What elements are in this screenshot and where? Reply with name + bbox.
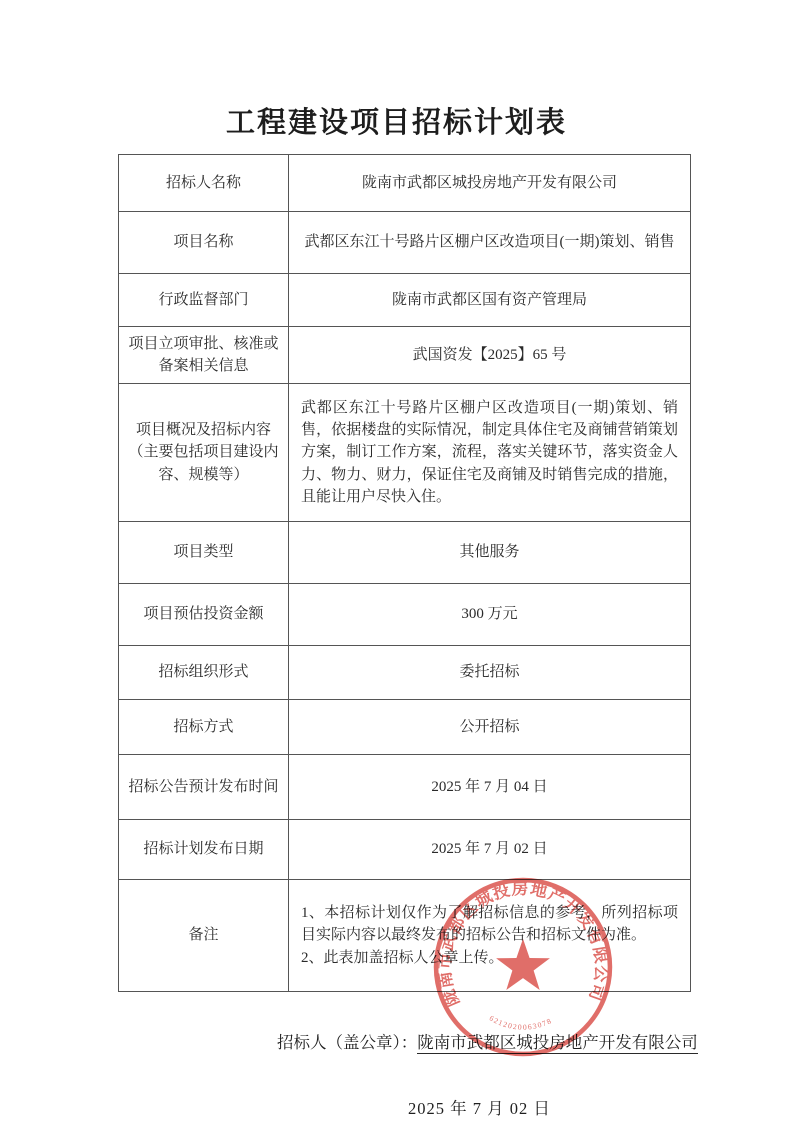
row-value: 2025 年 7 月 04 日	[289, 755, 691, 820]
table-row-approval-info: 项目立项审批、核准或备案相关信息 武国资发【2025】65 号	[119, 327, 691, 384]
row-label: 招标计划发布日期	[119, 820, 289, 880]
table-row-organization-form: 招标组织形式 委托招标	[119, 646, 691, 700]
table-row-plan-release-date: 招标计划发布日期 2025 年 7 月 02 日	[119, 820, 691, 880]
signer-label: 招标人（盖公章）：	[277, 1033, 417, 1052]
row-label: 项目立项审批、核准或备案相关信息	[119, 327, 289, 384]
row-value: 武都区东江十号路片区棚户区改造项目(一期)策划、销售，依据楼盘的实际情况，制定具…	[289, 384, 691, 522]
row-value: 2025 年 7 月 02 日	[289, 820, 691, 880]
row-value: 其他服务	[289, 522, 691, 584]
row-value: 公开招标	[289, 700, 691, 755]
row-value: 武国资发【2025】65 号	[289, 327, 691, 384]
table-row-bidder-name: 招标人名称 陇南市武都区城投房地产开发有限公司	[119, 155, 691, 212]
row-value: 委托招标	[289, 646, 691, 700]
table-row-remarks: 备注 1、本招标计划仅作为了解招标信息的参考，所列招标项目实际内容以最终发布的招…	[119, 880, 691, 992]
table-row-project-overview: 项目概况及招标内容（主要包括项目建设内容、规模等） 武都区东江十号路片区棚户区改…	[119, 384, 691, 522]
table-row-project-type: 项目类型 其他服务	[119, 522, 691, 584]
table-row-announcement-date: 招标公告预计发布时间 2025 年 7 月 04 日	[119, 755, 691, 820]
row-value: 武都区东江十号路片区棚户区改造项目(一期)策划、销售	[289, 212, 691, 274]
row-label: 备注	[119, 880, 289, 992]
signature-date: 2025 年 7 月 02 日	[408, 1095, 793, 1119]
row-label: 项目类型	[119, 522, 289, 584]
row-label: 招标公告预计发布时间	[119, 755, 289, 820]
row-label: 项目预估投资金额	[119, 584, 289, 646]
signature-line: 招标人（盖公章）：陇南市武都区城投房地产开发有限公司	[277, 1029, 793, 1053]
row-label: 项目名称	[119, 212, 289, 274]
row-label: 招标人名称	[119, 155, 289, 212]
table-row-bidding-method: 招标方式 公开招标	[119, 700, 691, 755]
row-label: 招标组织形式	[119, 646, 289, 700]
row-value: 陇南市武都区城投房地产开发有限公司	[289, 155, 691, 212]
row-label: 行政监督部门	[119, 274, 289, 327]
row-value: 陇南市武都区国有资产管理局	[289, 274, 691, 327]
table-row-estimated-investment: 项目预估投资金额 300 万元	[119, 584, 691, 646]
row-label: 招标方式	[119, 700, 289, 755]
table-row-project-name: 项目名称 武都区东江十号路片区棚户区改造项目(一期)策划、销售	[119, 212, 691, 274]
row-value: 300 万元	[289, 584, 691, 646]
document-page: 工程建设项目招标计划表 招标人名称 陇南市武都区城投房地产开发有限公司 项目名称…	[0, 0, 793, 1122]
bidding-plan-table: 招标人名称 陇南市武都区城投房地产开发有限公司 项目名称 武都区东江十号路片区棚…	[118, 154, 691, 992]
page-title: 工程建设项目招标计划表	[0, 0, 793, 141]
row-value: 1、本招标计划仅作为了解招标信息的参考，所列招标项目实际内容以最终发布的招标公告…	[289, 880, 691, 992]
signer-company-name: 陇南市武都区城投房地产开发有限公司	[417, 1033, 698, 1054]
row-label: 项目概况及招标内容（主要包括项目建设内容、规模等）	[119, 384, 289, 522]
table-row-supervision-dept: 行政监督部门 陇南市武都区国有资产管理局	[119, 274, 691, 327]
